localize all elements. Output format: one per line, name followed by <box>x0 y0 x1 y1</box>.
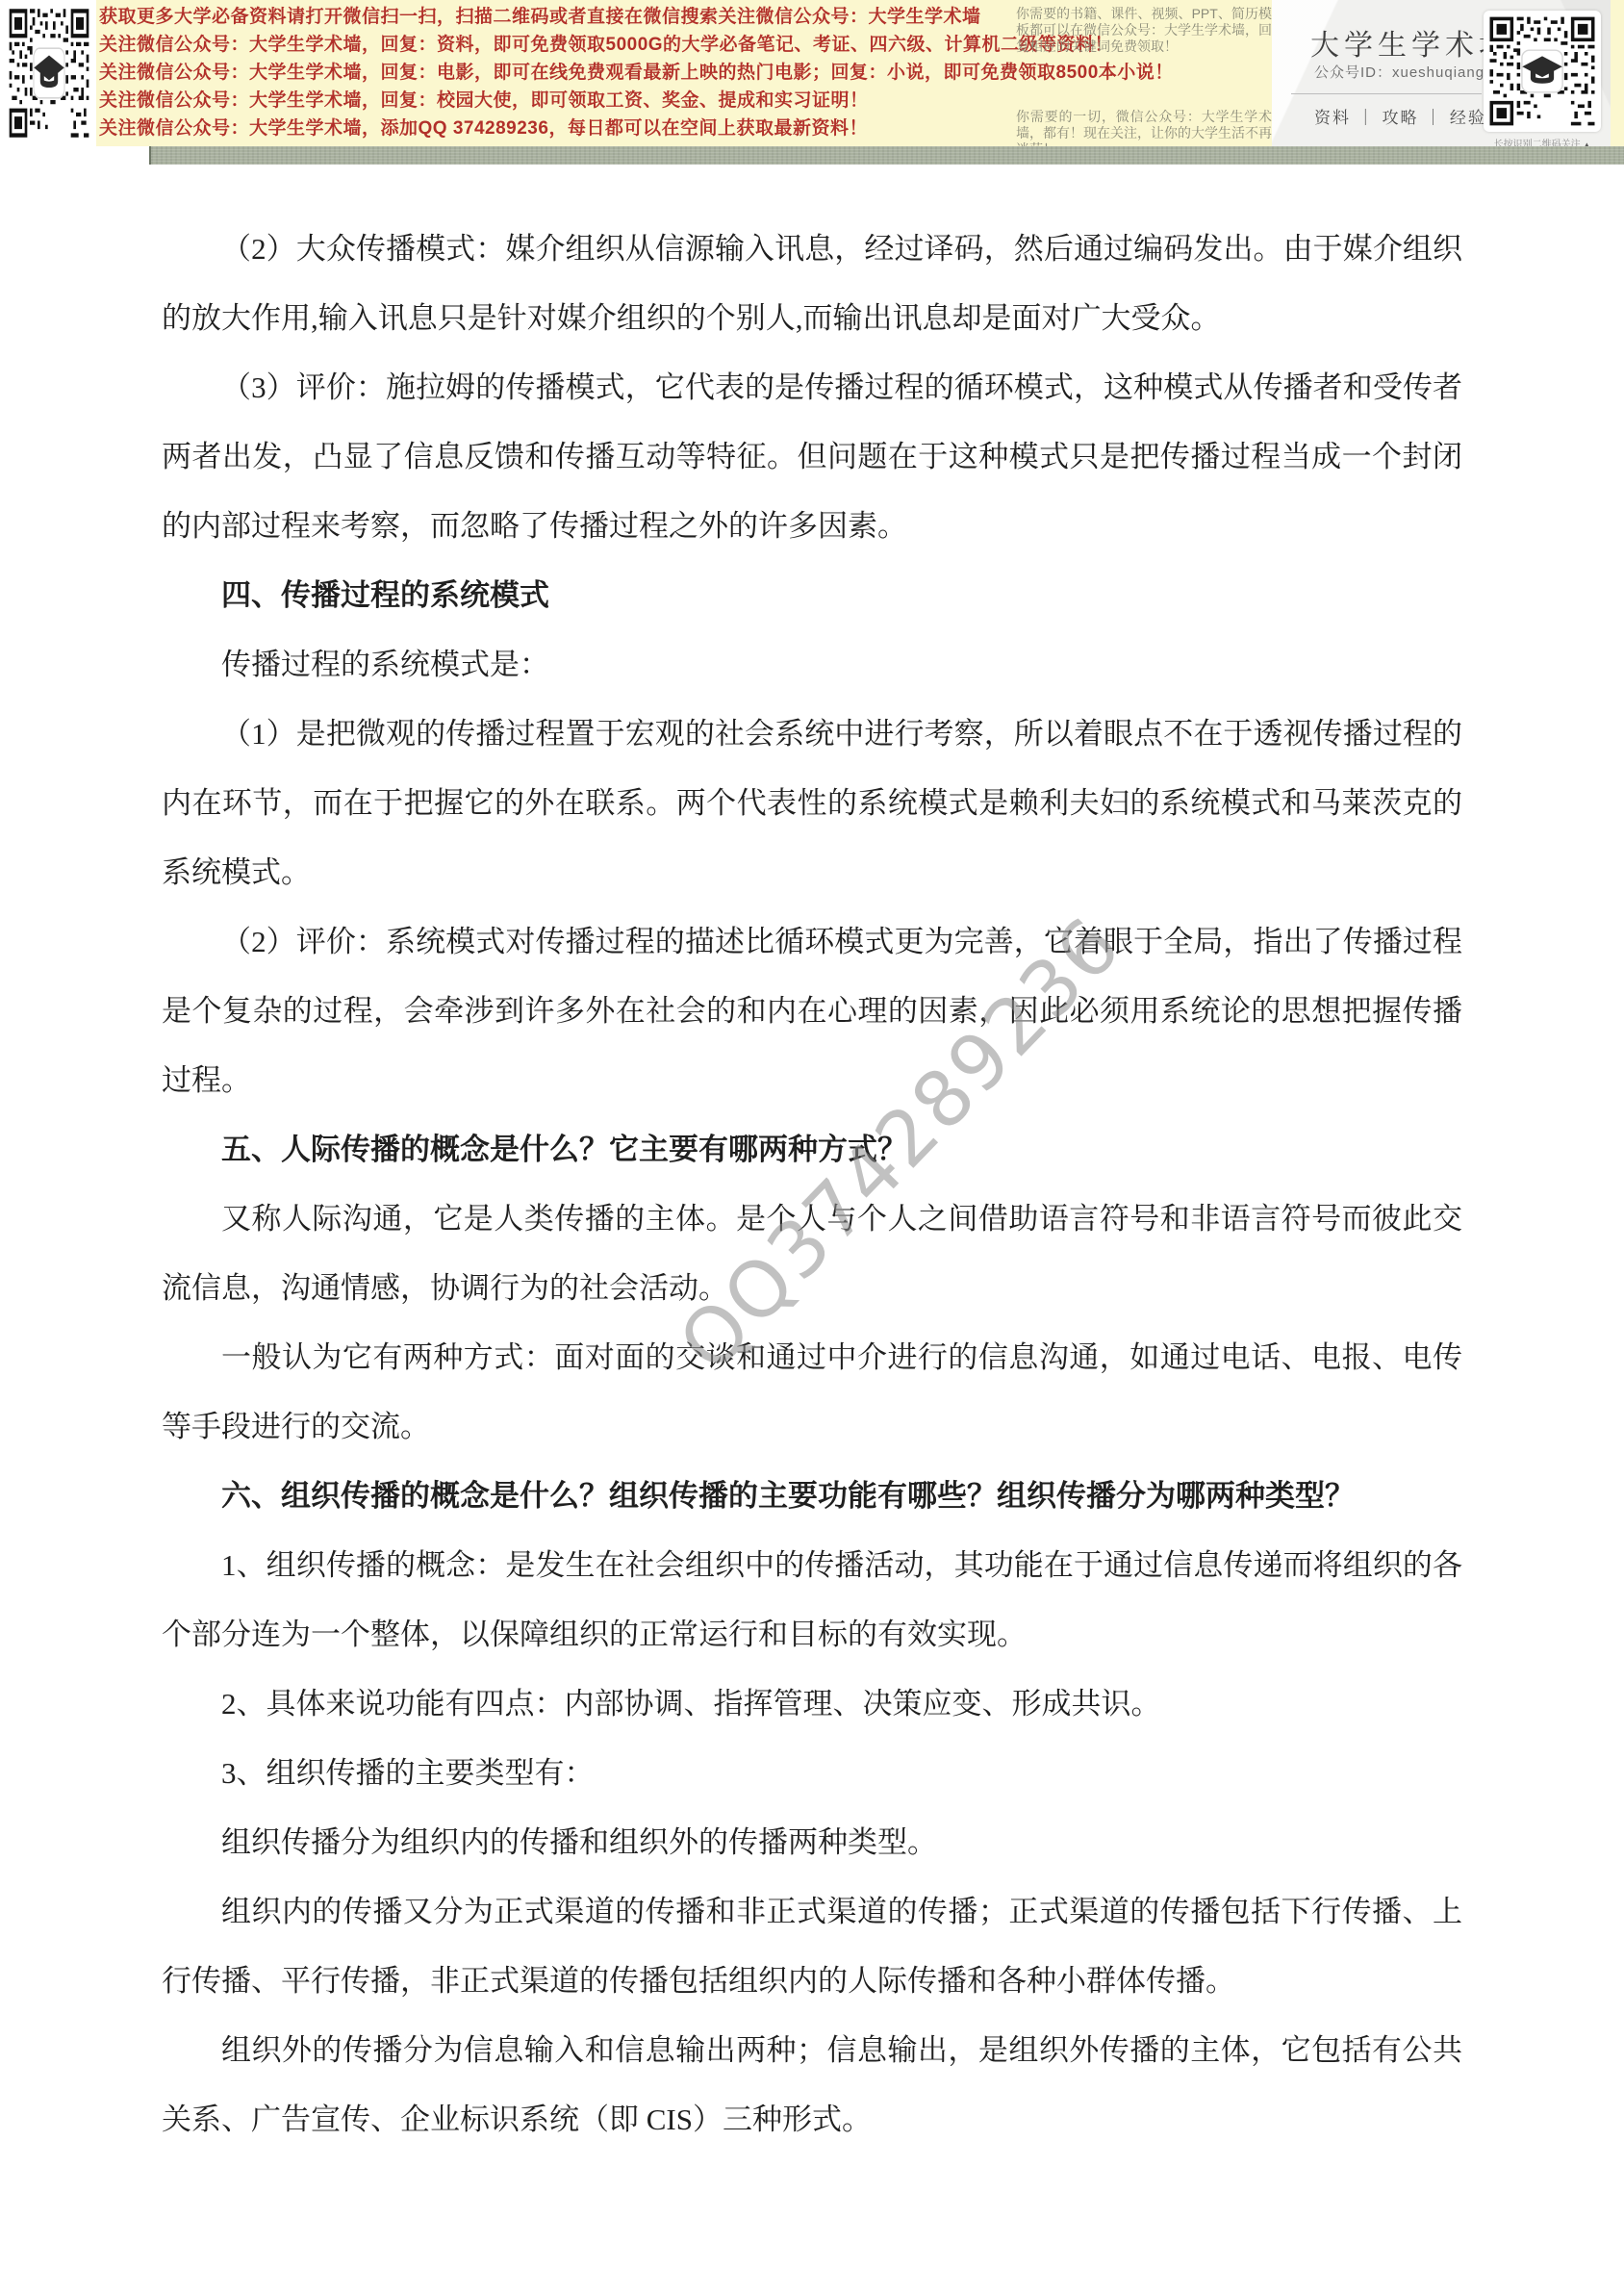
doc-heading: 四、传播过程的系统模式 <box>162 561 1462 630</box>
doc-paragraph: 又称人际沟通，它是人类传播的主体。是个人与个人之间借助语言符号和非语言符号而彼此… <box>162 1185 1462 1323</box>
doc-paragraph: （2）评价：系统模式对传播过程的描述比循环模式更为完善，它着眼于全局，指出了传播… <box>162 907 1462 1115</box>
promo-line: 获取更多大学必备资料请打开微信扫一扫，扫描二维码或者直接在微信搜索关注微信公众号… <box>99 3 1023 31</box>
qr-code-icon <box>7 5 91 141</box>
brand-panel: 大学生学术墙 公众号ID：xueshuqiang8888 资料 ｜ 攻略 ｜ 经… <box>1272 0 1611 146</box>
side-note: 你需要的书籍、课件、视频、PPT、简历模板都可以在微信公众号：大学生学术墙，回复… <box>1016 6 1272 55</box>
doc-heading: 五、人际传播的概念是什么？它主要有哪两种方式？ <box>162 1115 1462 1185</box>
doc-paragraph: 一般认为它有两种方式：面对面的交谈和通过中介进行的信息沟通，如通过电话、电报、电… <box>162 1323 1462 1462</box>
promo-lines: 获取更多大学必备资料请打开微信扫一扫，扫描二维码或者直接在微信搜索关注微信公众号… <box>99 3 1023 142</box>
promo-line: 关注微信公众号：大学生学术墙，回复：电影，即可在线免费观看最新上映的热门电影；回… <box>99 59 1023 87</box>
doc-paragraph: （1）是把微观的传播过程置于宏观的社会系统中进行考察，所以着眼点不在于透视传播过… <box>162 700 1462 907</box>
doc-paragraph: 组织内的传播又分为正式渠道的传播和非正式渠道的传播；正式渠道的传播包括下行传播、… <box>162 1877 1462 2016</box>
doc-paragraph: （2）大众传播模式：媒介组织从信源输入讯息，经过译码，然后通过编码发出。由于媒介… <box>162 215 1462 353</box>
document-body: （2）大众传播模式：媒介组织从信源输入讯息，经过译码，然后通过编码发出。由于媒介… <box>0 165 1624 2154</box>
doc-paragraph: 传播过程的系统模式是： <box>162 630 1462 700</box>
qr-code-icon <box>1486 13 1598 129</box>
promo-line: 关注微信公众号：大学生学术墙，添加QQ 374289236，每日都可以在空间上获… <box>99 115 1023 142</box>
divider <box>1291 93 1482 94</box>
promo-line: 关注微信公众号：大学生学术墙，回复：资料，即可免费领取5000G的大学必备笔记、… <box>99 31 1023 59</box>
promo-line: 关注微信公众号：大学生学术墙，回复：校园大使，即可领取工资、奖金、提成和实习证明… <box>99 87 1023 115</box>
doc-paragraph: 组织传播分为组织内的传播和组织外的传播两种类型。 <box>162 1808 1462 1877</box>
doc-paragraph: 3、组织传播的主要类型有： <box>162 1739 1462 1808</box>
scan-separator-band <box>149 146 1624 165</box>
brand-title: 大学生学术墙 <box>1310 21 1512 64</box>
doc-paragraph: 1、组织传播的概念：是发生在社会组织中的传播活动，其功能在于通过信息传递而将组织… <box>162 1531 1462 1670</box>
doc-heading: 六、组织传播的概念是什么？组织传播的主要功能有哪些？组织传播分为哪两种类型？ <box>162 1462 1462 1531</box>
promo-banner: 获取更多大学必备资料请打开微信扫一扫，扫描二维码或者直接在微信搜索关注微信公众号… <box>0 0 1624 146</box>
doc-paragraph: （3）评价：施拉姆的传播模式，它代表的是传播过程的循环模式，这种模式从传播者和受… <box>162 353 1462 561</box>
doc-paragraph: 组织外的传播分为信息输入和信息输出两种；信息输出，是组织外传播的主体，它包括有公… <box>162 2016 1462 2154</box>
qr-code-brand <box>1484 11 1601 132</box>
qr-code-left <box>0 0 96 146</box>
side-notes: 你需要的书籍、课件、视频、PPT、简历模板都可以在微信公众号：大学生学术墙，回复… <box>1016 6 1272 158</box>
doc-paragraph: 2、具体来说功能有四点：内部协调、指挥管理、决策应变、形成共识。 <box>162 1670 1462 1739</box>
